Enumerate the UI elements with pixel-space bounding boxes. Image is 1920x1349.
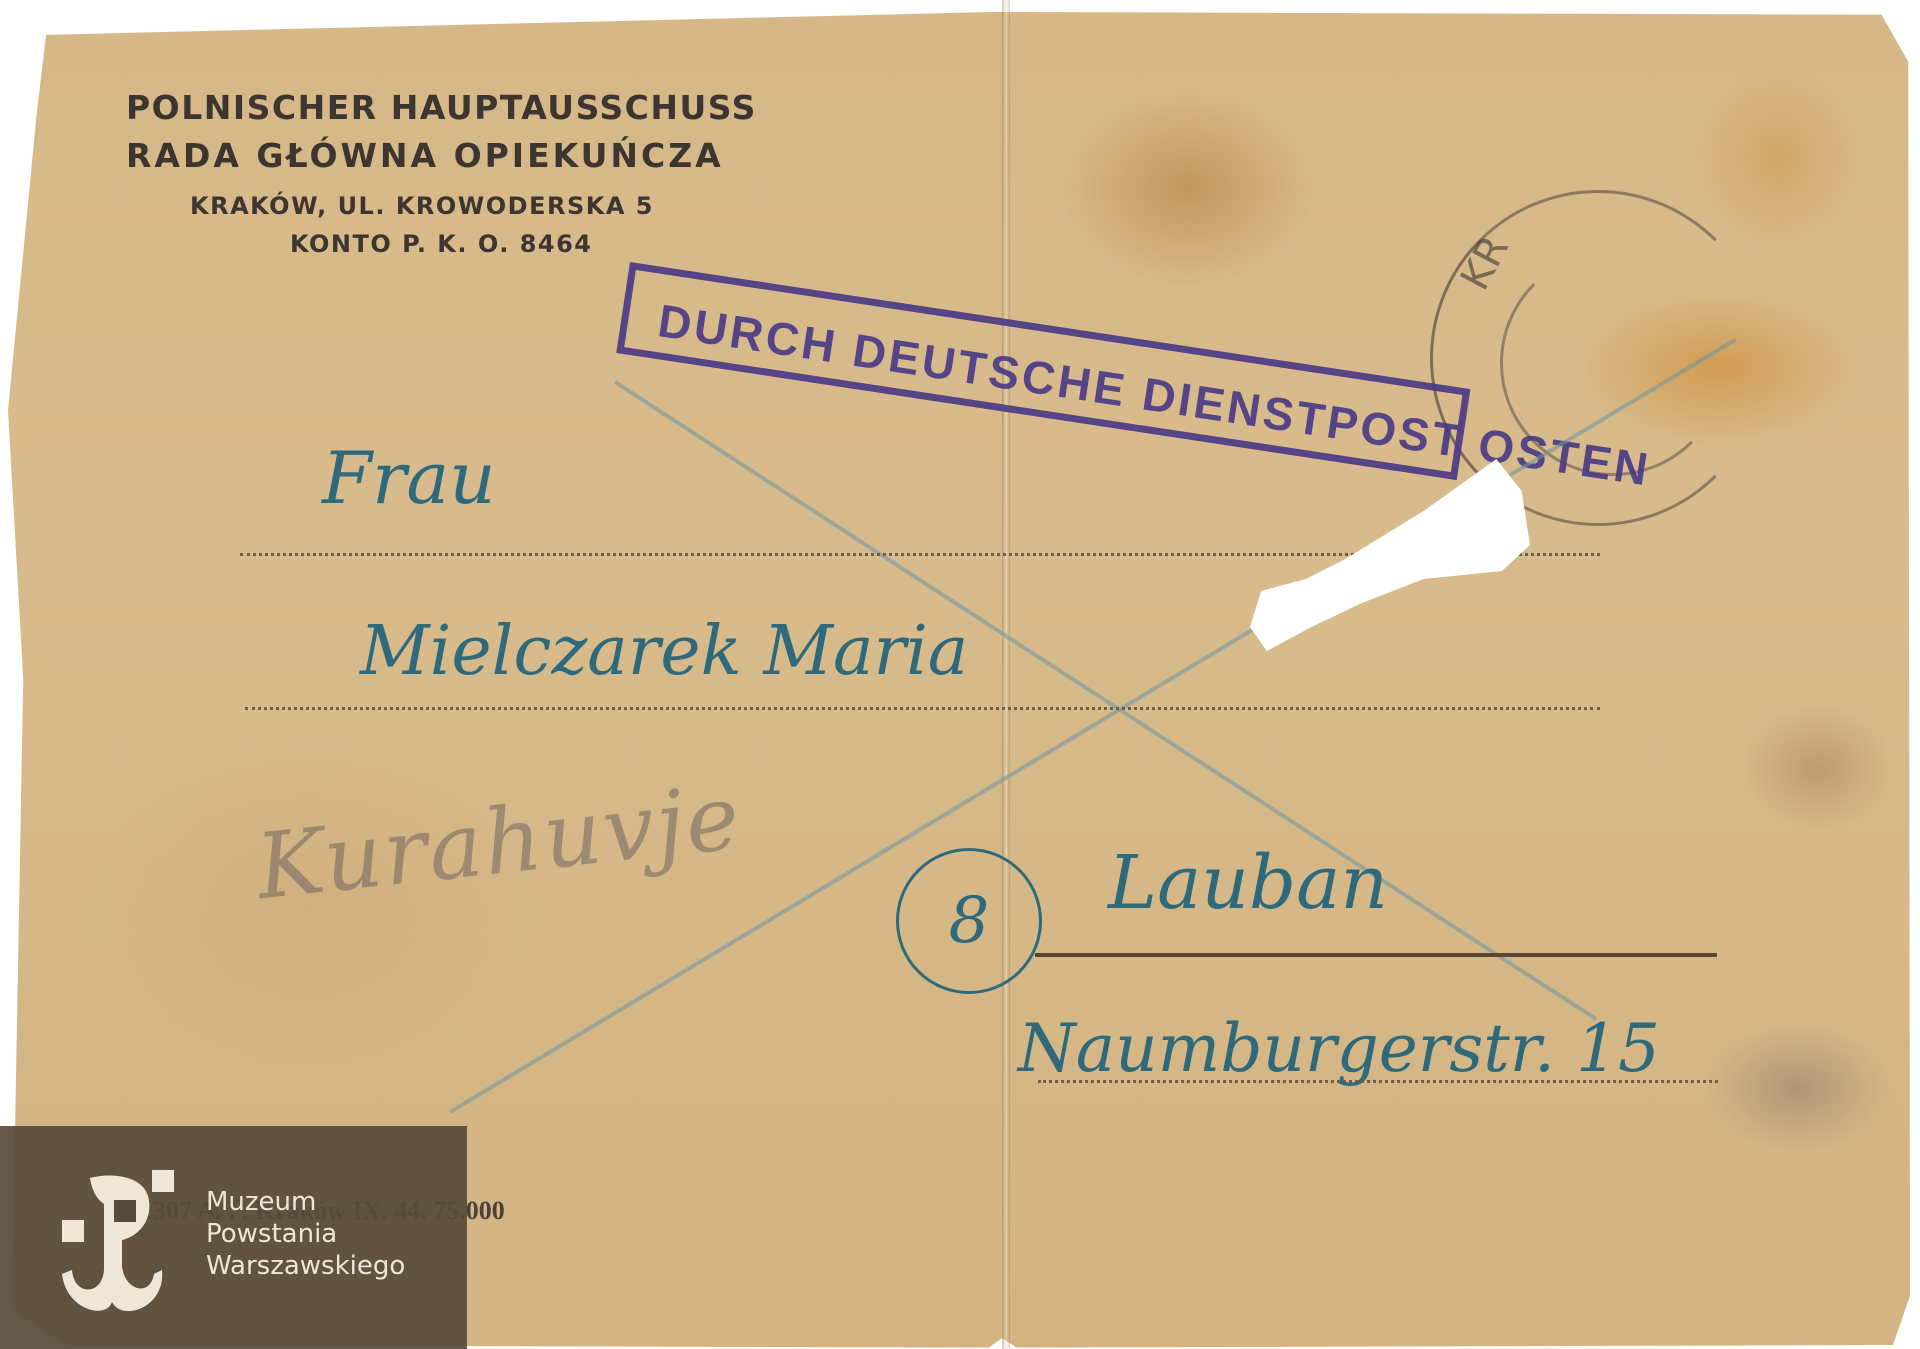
letterhead-line-german: POLNISCHER HAUPTAUSSCHUSS — [126, 88, 757, 127]
letterhead-address: KRAKÓW, UL. KROWODERSKA 5 — [190, 192, 654, 220]
anchor-kotwica-logo-icon — [62, 1170, 180, 1320]
museum-name-line-3: Warszawskiego — [206, 1250, 405, 1282]
museum-name-line-2: Powstania — [206, 1218, 405, 1250]
letterhead-account: KONTO P. K. O. 8464 — [290, 230, 593, 258]
salutation-handwritten: Frau — [322, 436, 496, 520]
recipient-name-handwritten: Mielczarek Maria — [360, 612, 968, 691]
postal-district-circled: 8 — [896, 848, 1042, 994]
letterhead-line-polish: RADA GŁÓWNA OPIEKUŃCZA — [126, 136, 724, 175]
address-line-street — [1038, 1080, 1718, 1083]
museum-name: Muzeum Powstania Warszawskiego — [206, 1186, 405, 1282]
address-line-2 — [245, 707, 1600, 710]
address-line-city — [1035, 953, 1717, 957]
center-fold-crease — [1002, 0, 1010, 1349]
street-handwritten: Naumburgerstr. 15 — [1018, 1010, 1660, 1087]
city-handwritten: Lauban — [1108, 840, 1388, 926]
museum-name-line-1: Muzeum — [206, 1186, 405, 1218]
